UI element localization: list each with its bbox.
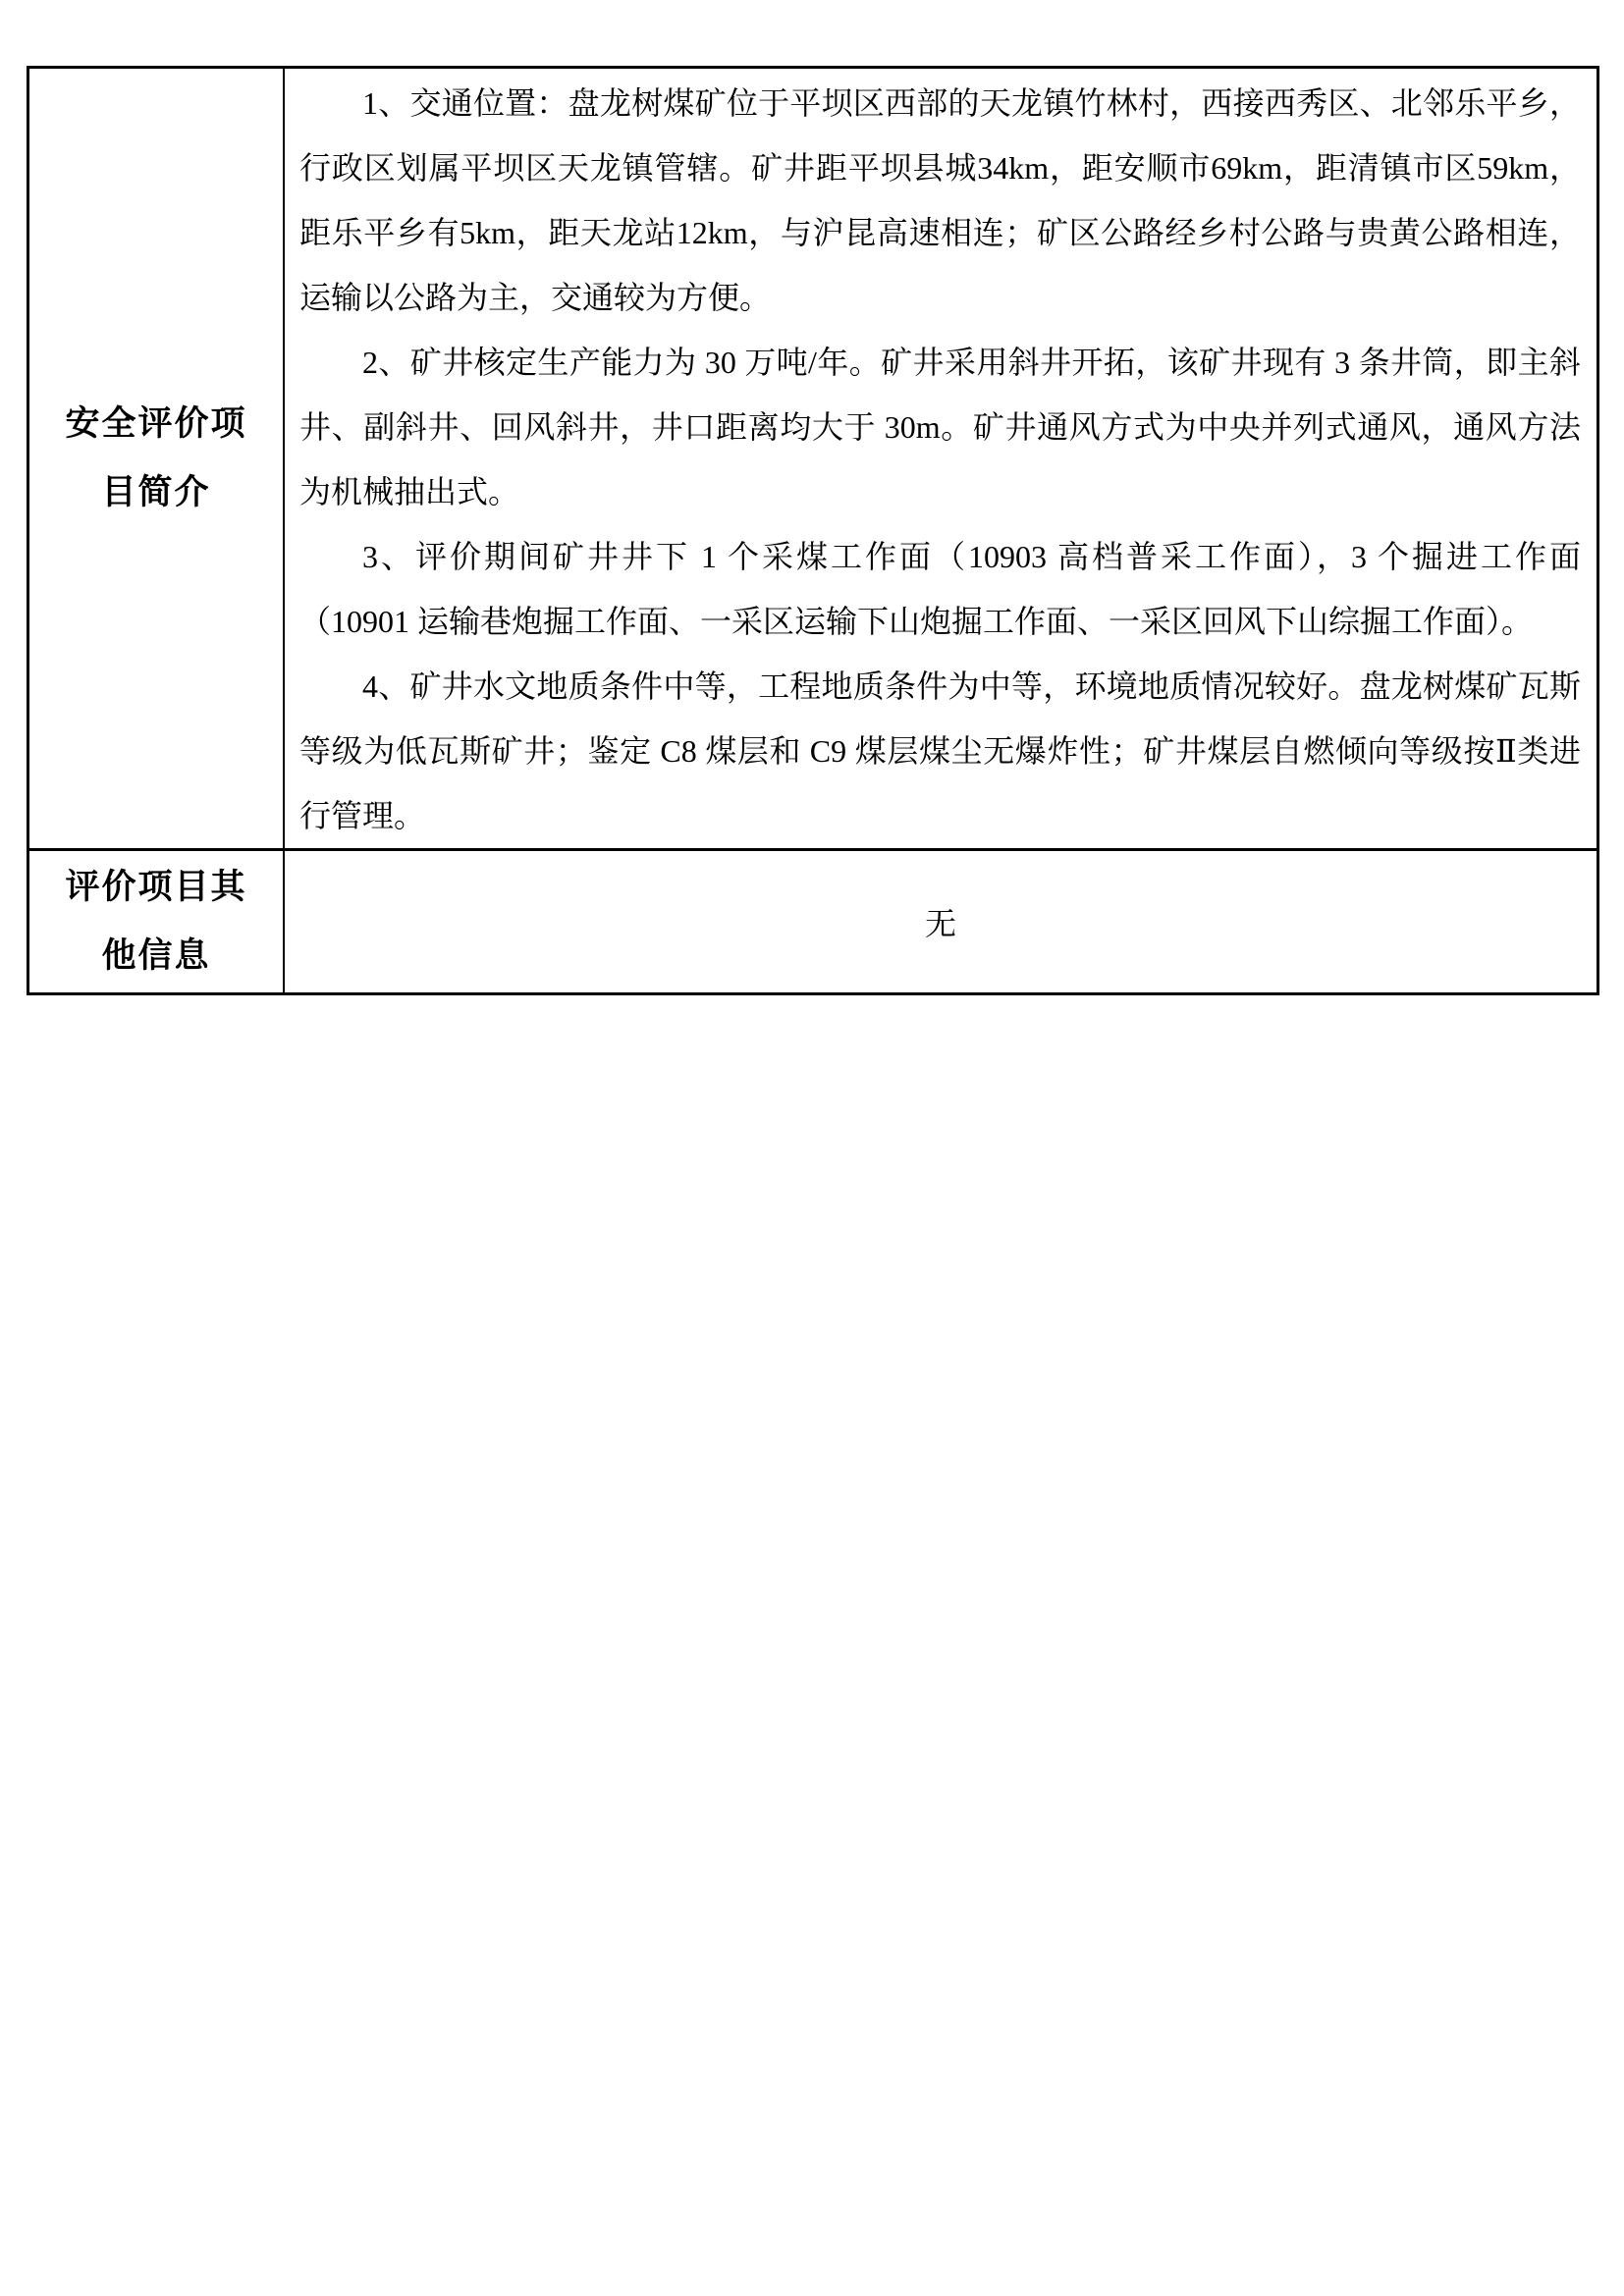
summary-label-line-1: 安全评价项 — [30, 390, 282, 458]
paragraph-production-capacity: 2、矿井核定生产能力为 30 万吨/年。矿井采用斜井开拓，该矿井现有 3 条井筒… — [299, 330, 1581, 524]
summary-label-cell: 安全评价项 目简介 — [28, 68, 285, 850]
other-info-label-line-2: 他信息 — [30, 922, 282, 990]
other-info-label-cell: 评价项目其 他信息 — [28, 850, 285, 994]
paragraph-geology-gas: 4、矿井水文地质条件中等，工程地质条件为中等，环境地质情况较好。盘龙树煤矿瓦斯等… — [299, 654, 1581, 848]
other-info-value: 无 — [925, 906, 956, 941]
summary-content-cell: 1、交通位置：盘龙树煤矿位于平坝区西部的天龙镇竹林村，西接西秀区、北邻乐平乡，行… — [284, 68, 1598, 850]
other-info-content-cell: 无 — [284, 850, 1598, 994]
summary-row: 安全评价项 目简介 1、交通位置：盘龙树煤矿位于平坝区西部的天龙镇竹林村，西接西… — [28, 68, 1598, 850]
paragraph-working-faces: 3、评价期间矿井井下 1 个采煤工作面（10903 高档普采工作面），3 个掘进… — [299, 524, 1581, 654]
other-info-label-line-1: 评价项目其 — [30, 853, 282, 922]
document-page: 安全评价项 目简介 1、交通位置：盘龙树煤矿位于平坝区西部的天龙镇竹林村，西接西… — [0, 0, 1624, 2296]
other-info-row: 评价项目其 他信息 无 — [28, 850, 1598, 994]
safety-evaluation-table: 安全评价项 目简介 1、交通位置：盘龙树煤矿位于平坝区西部的天龙镇竹林村，西接西… — [27, 66, 1599, 995]
paragraph-transport-location: 1、交通位置：盘龙树煤矿位于平坝区西部的天龙镇竹林村，西接西秀区、北邻乐平乡，行… — [299, 71, 1581, 330]
summary-label-line-2: 目简介 — [30, 458, 282, 527]
